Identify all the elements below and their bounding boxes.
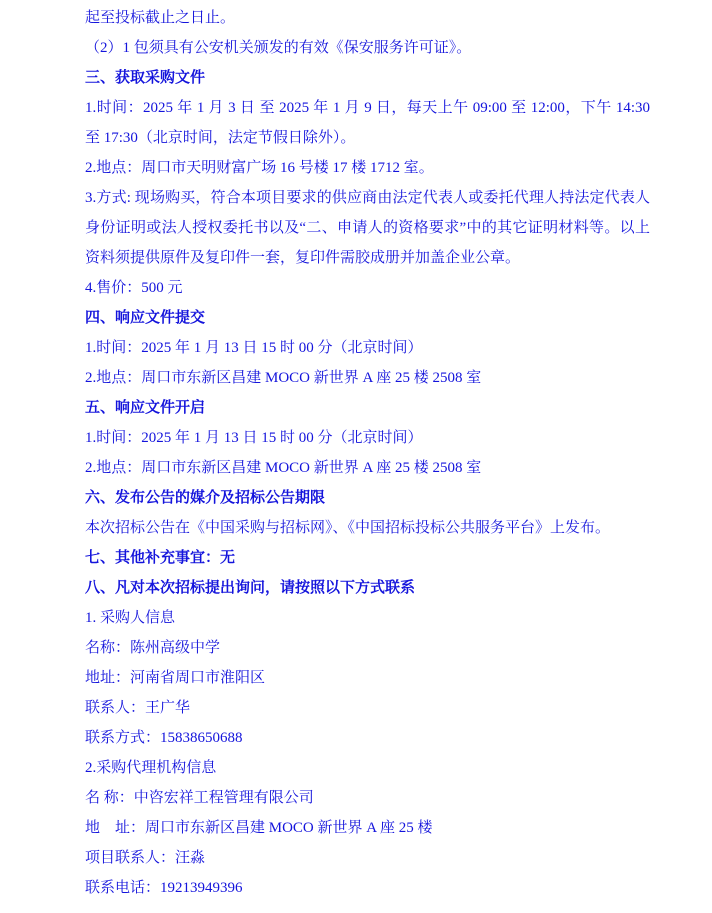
para-submission-time: 1.时间：2025 年 1 月 13 日 15 时 00 分（北京时间） bbox=[85, 333, 650, 363]
para-opening-time: 1.时间：2025 年 1 月 13 日 15 时 00 分（北京时间） bbox=[85, 423, 650, 453]
para-purchaser-contact-number: 联系方式：15838650688 bbox=[85, 723, 650, 753]
heading-section-3-obtain-documents: 三、获取采购文件 bbox=[85, 63, 650, 93]
para-opening-location: 2.地点：周口市东新区昌建 MOCO 新世界 A 座 25 楼 2508 室 bbox=[85, 453, 650, 483]
para-agency-contact-person: 项目联系人：汪淼 bbox=[85, 843, 650, 873]
para-security-license-requirement: （2）1 包须具有公安机关颁发的有效《保安服务许可证》。 bbox=[85, 33, 650, 63]
heading-section-5-response-opening: 五、响应文件开启 bbox=[85, 393, 650, 423]
para-agency-phone: 联系电话：19213949396 bbox=[85, 873, 650, 903]
procurement-notice-document: 起至投标截止之日止。 （2）1 包须具有公安机关颁发的有效《保安服务许可证》。 … bbox=[85, 3, 650, 903]
para-agency-address: 地 址：周口市东新区昌建 MOCO 新世界 A 座 25 楼 bbox=[85, 813, 650, 843]
para-purchaser-address: 地址：河南省周口市淮阳区 bbox=[85, 663, 650, 693]
para-purchaser-contact-person: 联系人：王广华 bbox=[85, 693, 650, 723]
para-doc-price: 4.售价：500 元 bbox=[85, 273, 650, 303]
para-submission-location: 2.地点：周口市东新区昌建 MOCO 新世界 A 座 25 楼 2508 室 bbox=[85, 363, 650, 393]
para-doc-obtain-time: 1.时间：2025 年 1 月 3 日 至 2025 年 1 月 9 日，每天上… bbox=[85, 93, 650, 153]
para-purchaser-info-title: 1. 采购人信息 bbox=[85, 603, 650, 633]
para-agency-info-title: 2.采购代理机构信息 bbox=[85, 753, 650, 783]
para-announcement-platforms: 本次招标公告在《中国采购与招标网》、《中国招标投标公共服务平台》上发布。 bbox=[85, 513, 650, 543]
para-doc-obtain-location: 2.地点：周口市天明财富广场 16 号楼 17 楼 1712 室。 bbox=[85, 153, 650, 183]
para-agency-name: 名 称：中咨宏祥工程管理有限公司 bbox=[85, 783, 650, 813]
heading-section-8-contact-info: 八、凡对本次招标提出询问，请按照以下方式联系 bbox=[85, 573, 650, 603]
heading-section-6-announcement-media: 六、发布公告的媒介及招标公告期限 bbox=[85, 483, 650, 513]
heading-section-7-other-matters: 七、其他补充事宜：无 bbox=[85, 543, 650, 573]
para-purchaser-name: 名称：陈州高级中学 bbox=[85, 633, 650, 663]
para-bid-deadline-note: 起至投标截止之日止。 bbox=[85, 3, 650, 33]
heading-section-4-response-submission: 四、响应文件提交 bbox=[85, 303, 650, 333]
para-doc-obtain-method: 3.方式: 现场购买，符合本项目要求的供应商由法定代表人或委托代理人持法定代表人… bbox=[85, 183, 650, 273]
